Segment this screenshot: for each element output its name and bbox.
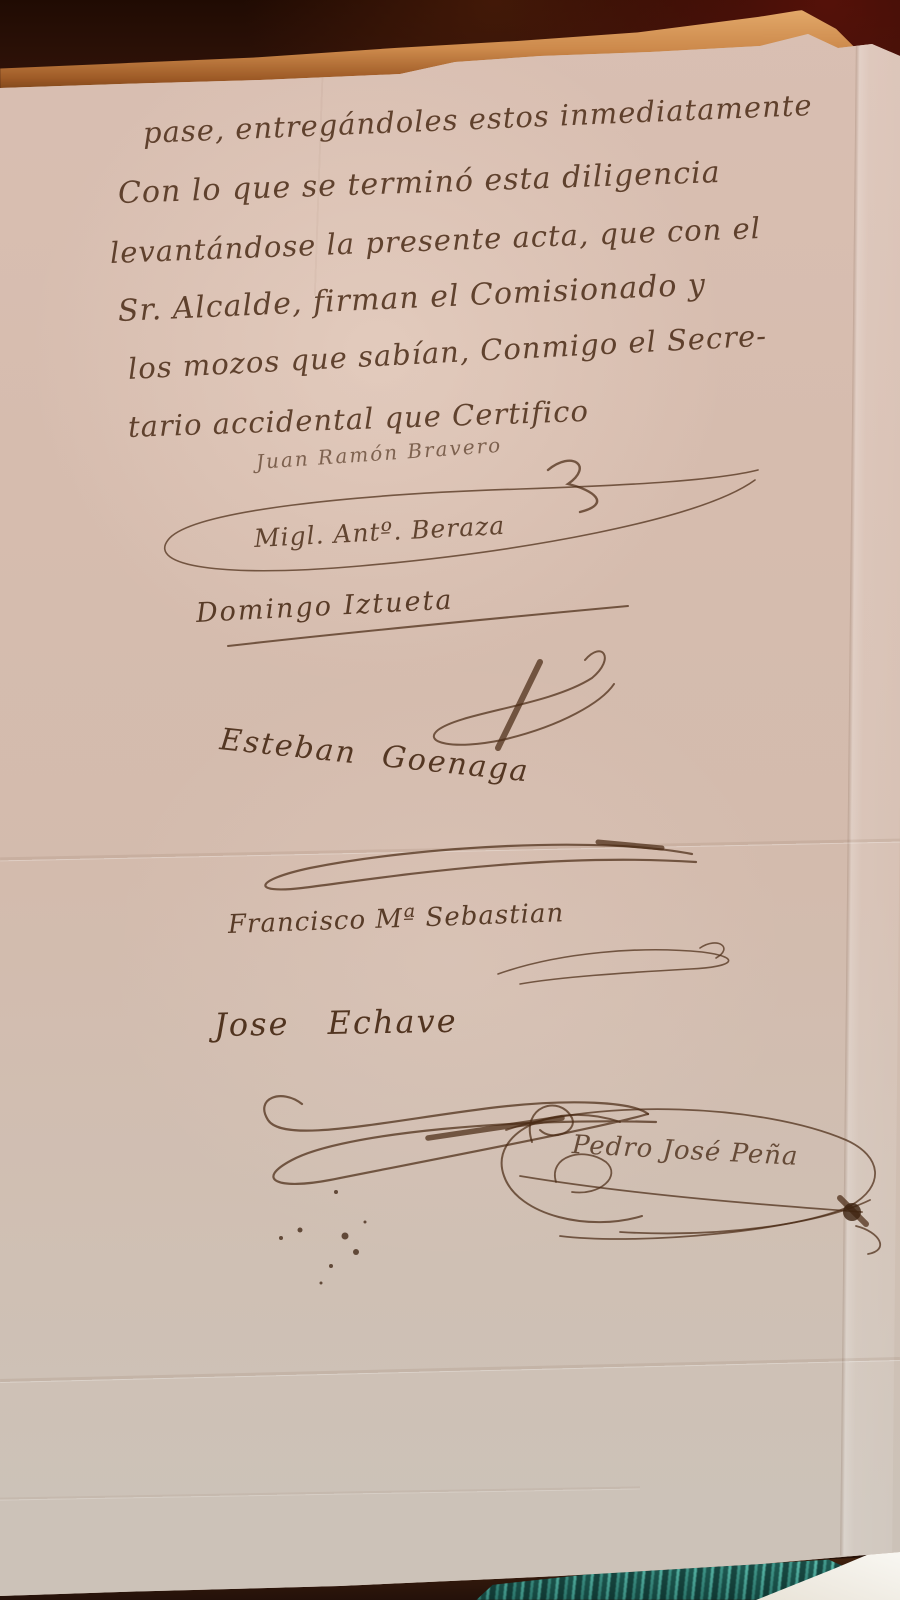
signature-domingo-iztueta: Domingo Iztueta [195,585,454,629]
signature-jose-echave: Jose Echave [214,1002,458,1044]
body-line-2: Con lo que se terminó esta diligencia [117,155,721,211]
signature-miguel-antonio-beraza: Migl. Antº. Beraza [253,511,506,553]
flourish-sebastian [498,943,729,984]
signature-pedro-jose-pena: Pedro José Peña [571,1130,799,1172]
manuscript-page: pase, entregándoles estos inmediatamente… [0,0,900,1600]
photo-scene: pase, entregándoles estos inmediatamente… [0,0,900,1600]
body-line-6: tario accidental que Certifico [127,394,589,444]
signature-juan-ramon-bravero: Juan Ramón Bravero [255,433,503,474]
body-line-5: los mozos que sabían, Conmigo el Secre- [127,319,768,386]
body-line-3: levantándose la presente acta, que con e… [109,211,761,270]
signature-esteban-goenaga: Esteban Goenaga [218,722,531,789]
body-line-4: Sr. Alcalde, firman el Comisionado y [117,267,706,329]
paper-vertical-fold [840,40,900,1556]
ink-spatter [279,1190,367,1285]
signature-francisco-maria-sebastian: Francisco Mª Sebastian [227,898,564,940]
paper-crease [0,1486,640,1499]
paper-crease [0,1357,900,1382]
flourish-iztueta [228,606,628,748]
body-line-1: pase, entregándoles estos inmediatamente [142,88,813,150]
paper-crease [0,839,900,861]
flourish-pena [502,1106,881,1254]
